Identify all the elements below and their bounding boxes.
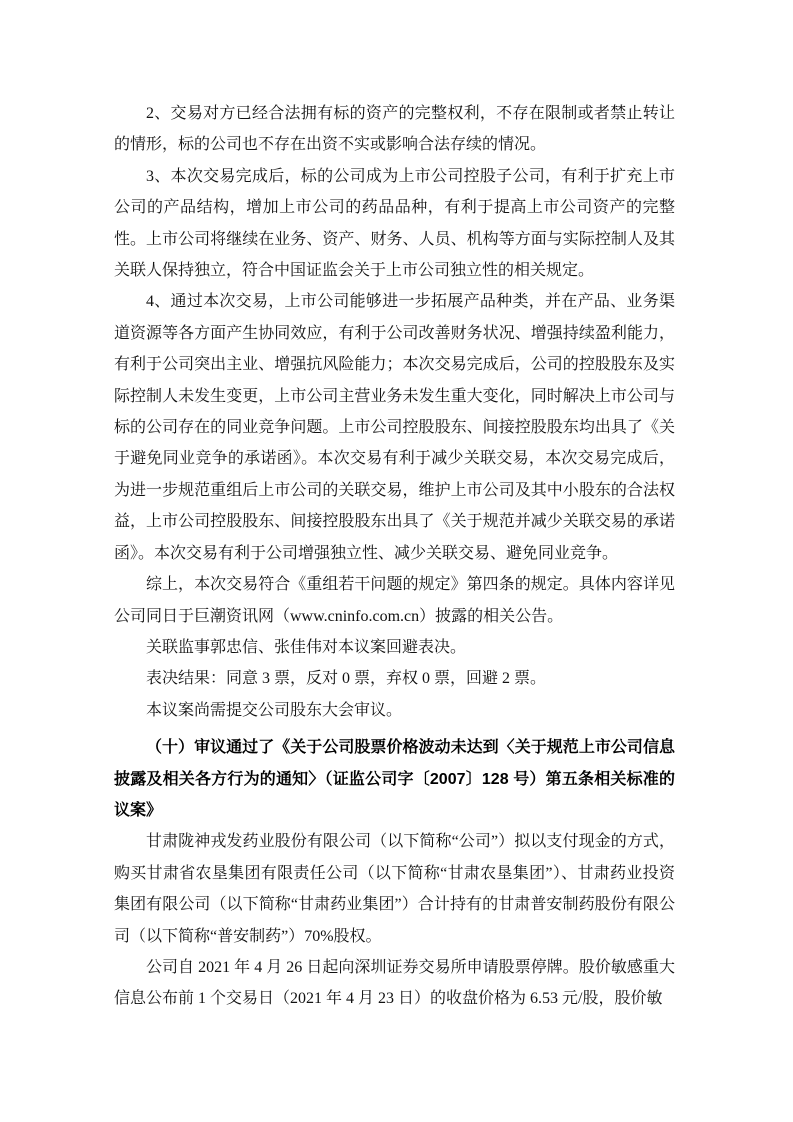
- paragraph-item-4-synergy: 4、通过本次交易，上市公司能够进一步拓展产品种类，并在产品、业务渠道资源等各方面…: [114, 286, 675, 569]
- section-heading-item-10: （十）审议通过了《关于公司股票价格波动未达到〈关于规范上市公司信息披露及相关各方…: [114, 732, 675, 826]
- paragraph-item-2-asset-rights: 2、交易对方已经合法拥有标的资产的完整权利，不存在限制或者禁止转让的情形，标的公…: [114, 98, 675, 161]
- paragraph-trading-halt-price: 公司自 2021 年 4 月 26 日起向深圳证券交易所申请股票停牌。股价敏感重…: [114, 952, 675, 1015]
- paragraph-summary-disclosure: 综上，本次交易符合《重组若干问题的规定》第四条的规定。具体内容详见公司同日于巨潮…: [114, 569, 675, 632]
- paragraph-item-3-post-transaction: 3、本次交易完成后，标的公司成为上市公司控股子公司，有利于扩充上市公司的产品结构…: [114, 161, 675, 287]
- document-page: 2、交易对方已经合法拥有标的资产的完整权利，不存在限制或者禁止转让的情形，标的公…: [0, 0, 793, 1122]
- document-content: 2、交易对方已经合法拥有标的资产的完整权利，不存在限制或者禁止转让的情形，标的公…: [114, 98, 675, 1015]
- paragraph-submit-to-shareholders-meeting: 本议案尚需提交公司股东大会审议。: [114, 695, 675, 726]
- paragraph-voting-result: 表决结果：同意 3 票，反对 0 票，弃权 0 票，回避 2 票。: [114, 663, 675, 694]
- paragraph-related-supervisors-abstain: 关联监事郭忠信、张佳伟对本议案回避表决。: [114, 632, 675, 663]
- paragraph-company-acquisition-intro: 甘肃陇神戎发药业股份有限公司（以下简称“公司”）拟以支付现金的方式，购买甘肃省农…: [114, 826, 675, 952]
